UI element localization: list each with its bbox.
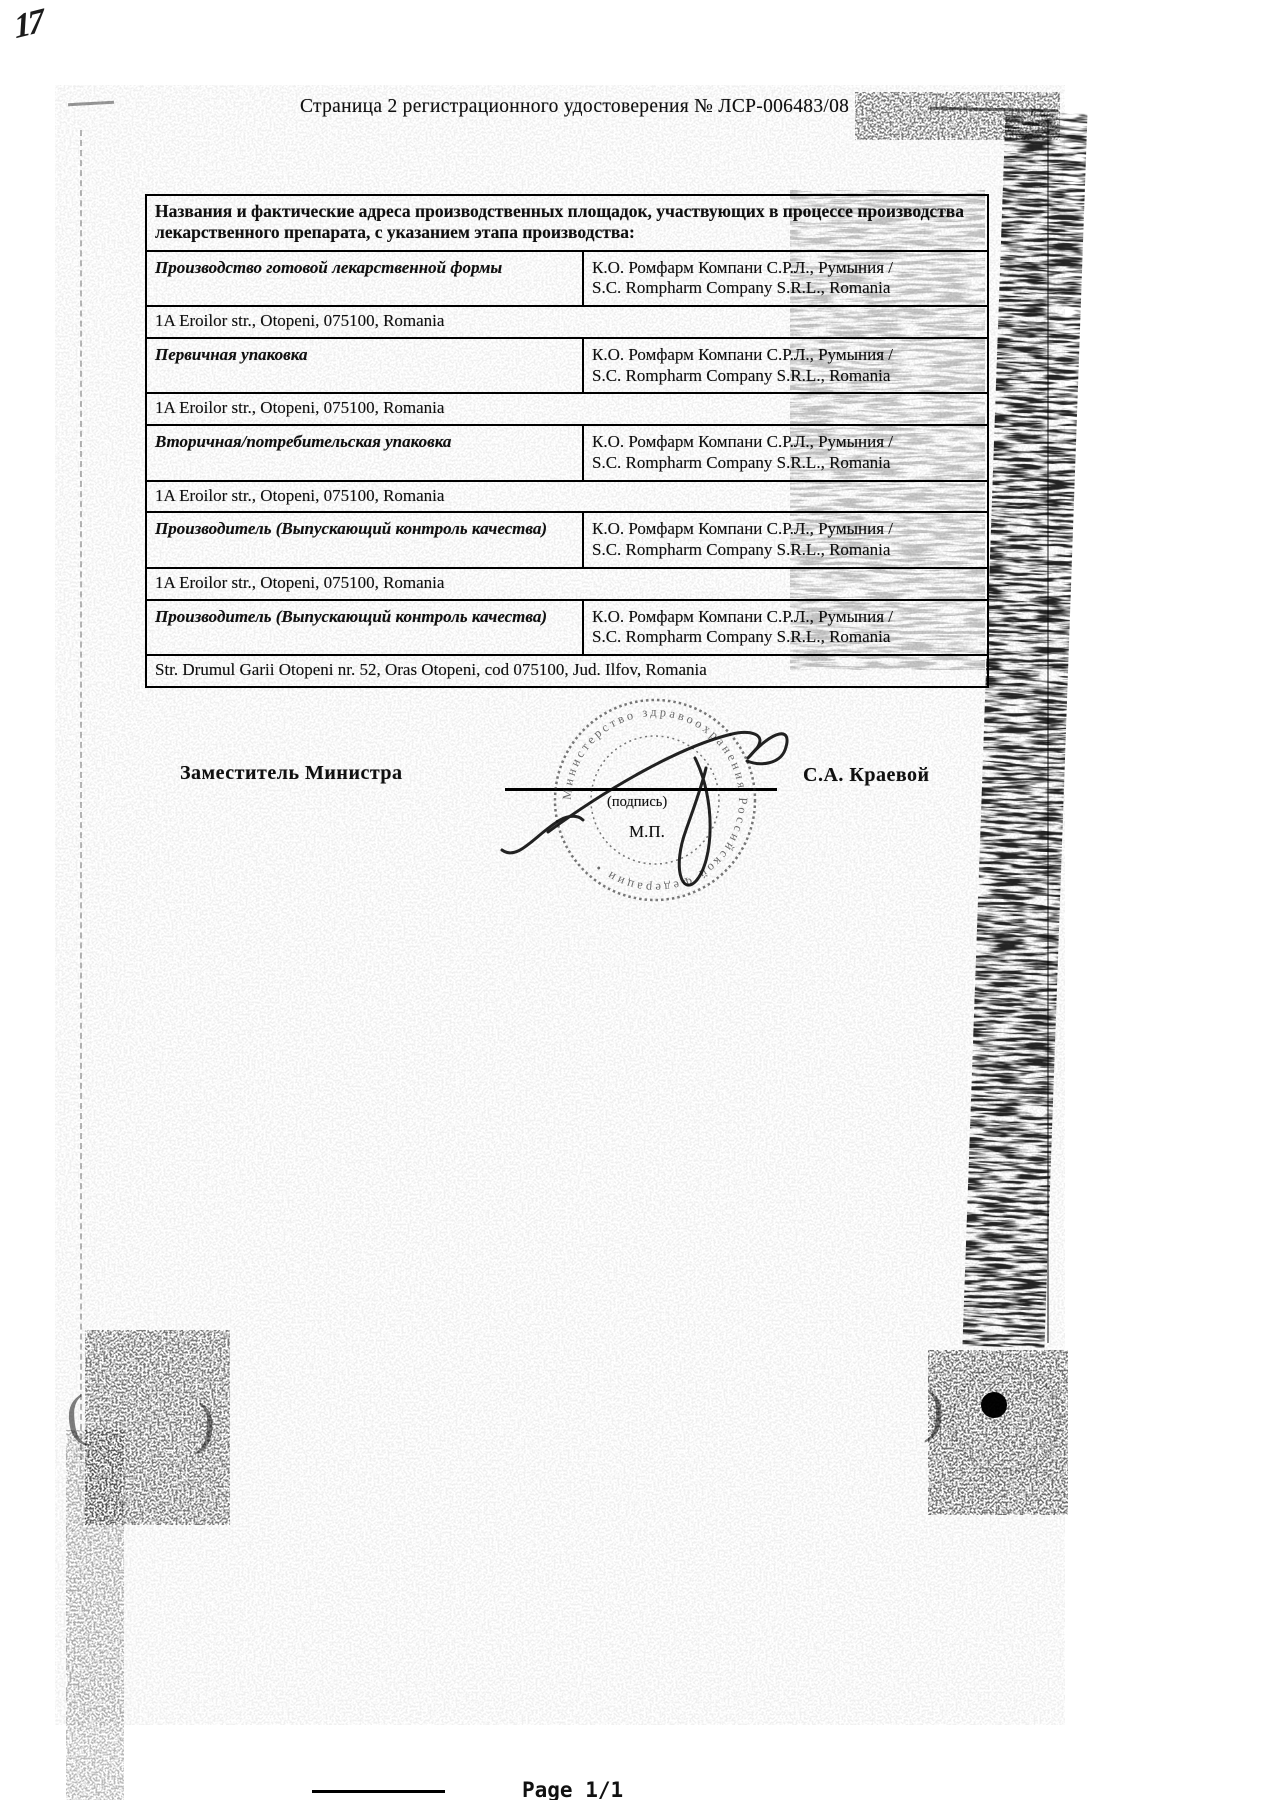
company-cell: К.О. Ромфарм Компани С.Р.Л., Румыния / S… [584,601,987,654]
stage-cell: Первичная упаковка [147,339,584,392]
seal-place-mark: М.П. [629,822,665,842]
stage-cell: Вторичная/потребительская упаковка [147,426,584,479]
company-name-ru: К.О. Ромфарм Компани С.Р.Л., Румыния / [592,607,979,628]
company-name-en: S.C. Rompharm Company S.R.L., Romania [592,540,979,561]
address-cell: 1A Eroilor str., Otopeni, 075100, Romani… [147,307,987,339]
table-row: Производство готовой лекарственной формы… [147,252,987,307]
company-cell: К.О. Ромфарм Компани С.Р.Л., Румыния / S… [584,513,987,566]
company-name-en: S.C. Rompharm Company S.R.L., Romania [592,627,979,648]
company-name-ru: К.О. Ромфарм Компани С.Р.Л., Румыния / [592,432,979,453]
deputy-minister-title: Заместитель Министра [180,762,403,785]
address-cell: 1A Eroilor str., Otopeni, 075100, Romani… [147,394,987,426]
signature-caption: (подпись) [607,794,667,811]
address-cell: Str. Drumul Garii Otopeni nr. 52, Oras O… [147,656,987,686]
scan-corner-mark: ⌐ [1028,95,1047,127]
scan-right-border-line [1047,118,1049,1343]
scan-left-border-line [80,130,82,1460]
company-cell: К.О. Ромфарм Компани С.Р.Л., Румыния / S… [584,426,987,479]
signature-line [505,788,777,791]
scan-paren-mark: ) [923,1377,947,1445]
stage-cell: Производитель (Выпускающий контроль каче… [147,601,584,654]
scan-paren-mark: ( [63,1381,89,1450]
scan-ring-fragment [952,1366,1060,1474]
page-number: Page 1/1 [522,1778,623,1800]
table-row: Первичная упаковка К.О. Ромфарм Компани … [147,339,987,394]
company-cell: К.О. Ромфарм Компани С.Р.Л., Румыния / S… [584,252,987,305]
company-name-en: S.C. Rompharm Company S.R.L., Romania [592,278,979,299]
company-name-ru: К.О. Ромфарм Компани С.Р.Л., Румыния / [592,258,979,279]
page-title: Страница 2 регистрационного удостоверени… [300,96,1020,118]
company-name-ru: К.О. Ромфарм Компани С.Р.Л., Румыния / [592,519,979,540]
table-row: Вторичная/потребительская упаковка К.О. … [147,426,987,481]
company-cell: К.О. Ромфарм Компани С.Р.Л., Румыния / S… [584,339,987,392]
footer-line [312,1790,445,1793]
stage-cell: Производство готовой лекарственной формы [147,252,584,305]
scan-top-left-fragment [68,101,114,106]
stage-cell: Производитель (Выпускающий контроль каче… [147,513,584,566]
scanned-document-page: 17 ⌐ Страница 2 регистрационного удостов… [0,0,1277,1800]
scan-paren-mark: ) [193,1389,218,1457]
production-sites-table: Названия и фактические адреса производст… [145,194,989,688]
address-cell: 1A Eroilor str., Otopeni, 075100, Romani… [147,569,987,601]
company-name-en: S.C. Rompharm Company S.R.L., Romania [592,453,979,474]
table-title: Названия и фактические адреса производст… [147,196,987,252]
table-row: Производитель (Выпускающий контроль каче… [147,601,987,656]
company-name-ru: К.О. Ромфарм Компани С.Р.Л., Румыния / [592,345,979,366]
signer-name: С.А. Краевой [803,764,930,787]
address-cell: 1A Eroilor str., Otopeni, 075100, Romani… [147,482,987,514]
company-name-en: S.C. Rompharm Company S.R.L., Romania [592,366,979,387]
table-row: Производитель (Выпускающий контроль каче… [147,513,987,568]
handwritten-mark: 17 [12,3,43,48]
